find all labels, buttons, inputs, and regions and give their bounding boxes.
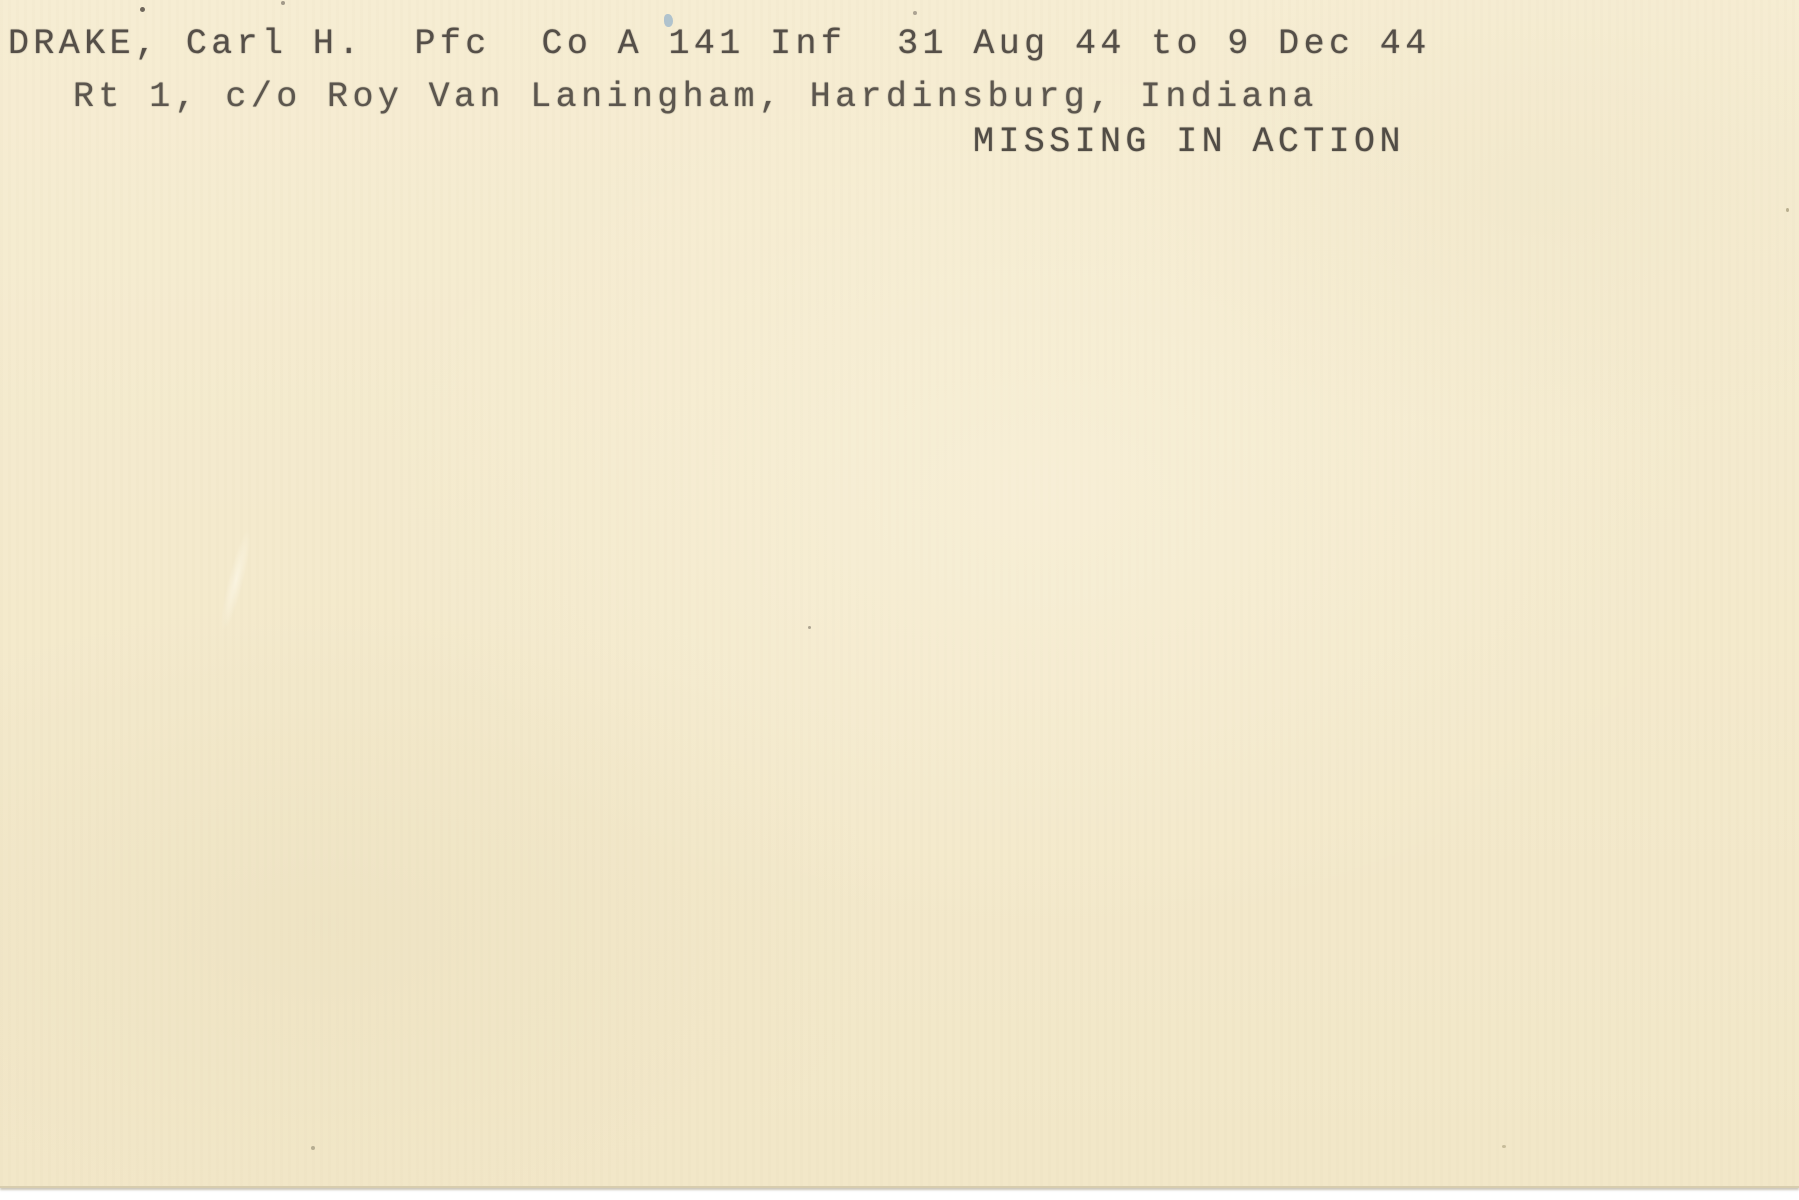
soldier-name-rank-unit-dates-line: DRAKE, Carl H. Pfc Co A 141 Inf 31 Aug 4… bbox=[8, 27, 1431, 62]
paper-speck bbox=[1502, 1145, 1506, 1148]
paper-speck bbox=[140, 7, 145, 12]
address-line: Rt 1, c/o Roy Van Laningham, Hardinsburg… bbox=[73, 80, 1318, 115]
paper-speck bbox=[281, 1, 285, 5]
status-missing-in-action-line: MISSING IN ACTION bbox=[973, 125, 1405, 160]
paper-speck bbox=[311, 1146, 315, 1150]
paper-speck bbox=[913, 11, 917, 15]
index-card: DRAKE, Carl H. Pfc Co A 141 Inf 31 Aug 4… bbox=[0, 0, 1799, 1188]
scanned-document: DRAKE, Carl H. Pfc Co A 141 Inf 31 Aug 4… bbox=[0, 0, 1799, 1200]
paper-crease bbox=[207, 505, 265, 656]
blue-ink-speck bbox=[664, 14, 673, 27]
paper-speck bbox=[808, 626, 811, 629]
paper-speck bbox=[1786, 208, 1789, 212]
